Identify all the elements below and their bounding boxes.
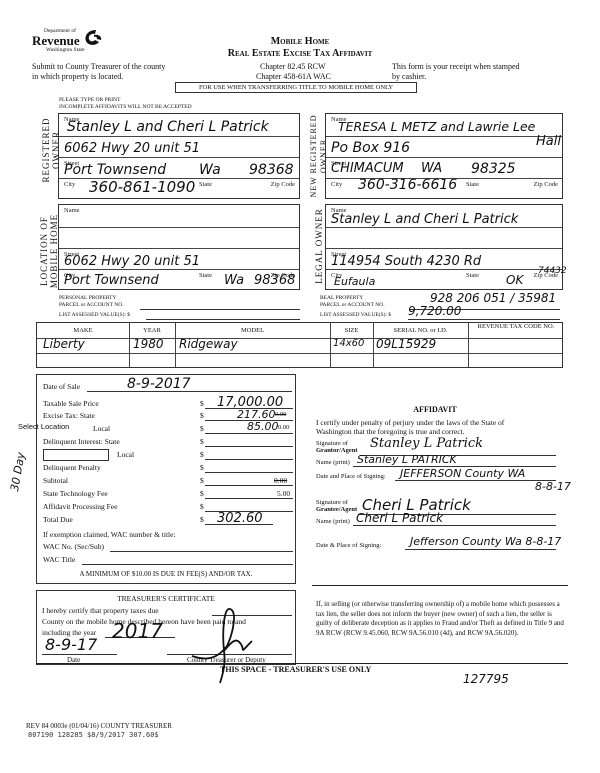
location-city[interactable]: Port Townsend xyxy=(64,273,159,288)
new-owner-state[interactable]: WA xyxy=(421,161,442,176)
grantee-sig-label-2: Grantee/Agent xyxy=(316,506,357,513)
subtotal-label: Subtotal xyxy=(43,476,68,485)
certify-line-1: I certify under penalty of perjury under… xyxy=(316,418,504,427)
new-owner-street[interactable]: Po Box 916 xyxy=(331,140,410,156)
real-parcel-value[interactable]: 928 206 051 / 35981 xyxy=(430,291,556,305)
registered-owner-city[interactable]: Port Townsend xyxy=(64,162,166,178)
size-value[interactable]: 14x60 xyxy=(333,338,364,349)
delinquent-interest-state-field[interactable] xyxy=(205,446,293,447)
subtotal-value: 0.00 xyxy=(274,476,287,485)
location-street[interactable]: 6062 Hwy 20 unit 51 xyxy=(64,254,200,269)
grantor-date-field[interactable] xyxy=(395,480,556,481)
city-label: City xyxy=(64,181,75,188)
submit-note-2: in which property is located. xyxy=(32,72,123,81)
grantee-date-field[interactable] xyxy=(405,549,556,550)
new-owner-name-cont[interactable]: Hall xyxy=(536,134,561,149)
grantor-date-label: Date and Place of Signing: xyxy=(316,473,386,480)
treasurer-certificate-box: TREASURER'S CERTIFICATE I hereby certify… xyxy=(36,590,296,665)
model-value[interactable]: Ridgeway xyxy=(179,337,238,351)
excise-local-printed: 0.00 xyxy=(278,424,289,431)
submit-note-1: Submit to County Treasurer of the county xyxy=(32,62,165,71)
total-due-value[interactable]: 302.60 xyxy=(217,511,263,526)
new-owner-name[interactable]: TERESA L METZ and Lawrie Lee xyxy=(338,119,535,134)
treasurer-date[interactable]: 8-9-17 xyxy=(45,635,97,654)
col-size: SIZE xyxy=(330,327,373,334)
location-select-box[interactable] xyxy=(43,449,109,461)
affidavit-title: AFFIDAVIT xyxy=(310,405,560,414)
section-label-line: NEW REGISTERED xyxy=(309,101,319,211)
new-owner-box: Name Street City State Zip Code TERESA L… xyxy=(325,113,563,199)
state-tech-fee-line xyxy=(205,498,293,499)
name-label: Name xyxy=(64,207,80,214)
excise-state-printed: 0.00 xyxy=(275,411,286,418)
registered-owner-box: Name Street City State Zip Code Stanley … xyxy=(58,113,300,199)
legal-owner-zip[interactable]: 74432 xyxy=(538,266,567,276)
excise-state-label: Excise Tax: State xyxy=(43,411,95,420)
currency-sign: $ xyxy=(200,502,204,511)
wac-no-label: WAC No. (Sec/Sub) xyxy=(43,542,104,551)
grantee-date-place[interactable]: Jefferson County Wa 8-8-17 xyxy=(410,535,561,548)
instructions-print: PLEASE TYPE OR PRINT xyxy=(59,97,120,103)
state-tech-fee-label: State Technology Fee xyxy=(43,489,108,498)
wac-title-field[interactable] xyxy=(82,564,293,565)
cashier-stamp: 807190 128285 $8/9/2017 307.60$ xyxy=(28,731,159,739)
lien-notice: If, in selling (or otherwise transferrin… xyxy=(316,600,568,638)
real-assessed-field[interactable] xyxy=(408,319,560,320)
legal-owner-box: Name Street City State Zip Code Stanley … xyxy=(325,204,563,290)
location-zip[interactable]: 98368 xyxy=(254,273,295,288)
form-title-line1: Mobile Home xyxy=(0,36,600,47)
col-serial: SERIAL NO. or I.D. xyxy=(373,327,468,334)
currency-sign: $ xyxy=(200,411,204,420)
instructions-incomplete: INCOMPLETE AFFIDAVITS WILL NOT BE ACCEPT… xyxy=(59,104,192,110)
taxable-sale-price-label: Taxable Sale Price xyxy=(43,399,99,408)
col-model: MODEL xyxy=(175,327,330,334)
grantor-sig-label-2: Grantor/Agent xyxy=(316,447,358,454)
registered-owner-state[interactable]: Wa xyxy=(199,162,221,178)
treasurer-line-1: I hereby certify that property taxes due xyxy=(42,606,159,615)
real-assessed-value[interactable]: 9,720.00 xyxy=(408,304,461,318)
personal-parcel-field[interactable] xyxy=(140,309,300,310)
currency-sign: $ xyxy=(200,515,204,524)
treasurer-year[interactable]: 2017 xyxy=(112,619,163,643)
state-tech-fee-value: 5.00 xyxy=(277,489,290,498)
section-label-line: LOCATION OF xyxy=(39,201,49,301)
currency-sign: $ xyxy=(200,489,204,498)
state-label: State xyxy=(466,272,479,279)
grantor-name[interactable]: Stanley L PATRICK xyxy=(357,453,457,466)
grantee-name-field[interactable] xyxy=(353,525,556,526)
new-owner-phone[interactable]: 360-316-6616 xyxy=(358,177,457,193)
legal-owner-street[interactable]: 114954 South 4230 Rd xyxy=(331,254,481,269)
delinquent-penalty-field[interactable] xyxy=(205,472,293,473)
chapter-wac: Chapter 458-61A WAC xyxy=(256,72,331,81)
form-id: REV 84 0003e (01/04/16) COUNTY TREASURER xyxy=(26,722,172,730)
personal-assessed-field[interactable] xyxy=(146,319,300,320)
registered-owner-phone[interactable]: 360-861-1090 xyxy=(89,178,195,196)
date-of-sale-value[interactable]: 8-9-2017 xyxy=(127,376,191,392)
grantor-sig-label-1: Signature of xyxy=(316,440,348,447)
certify-line-2: Washington that the foregoing is true an… xyxy=(316,427,465,436)
new-owner-city[interactable]: CHIMACUM xyxy=(331,161,404,176)
exemption-label: If exemption claimed, WAC number & title… xyxy=(43,530,176,539)
receipt-note-2: by cashier. xyxy=(392,72,426,81)
state-label: State xyxy=(199,272,212,279)
delinquent-penalty-label: Delinquent Penalty xyxy=(43,463,101,472)
grantee-name-label: Name (print) xyxy=(316,518,350,525)
delinquent-interest-local-label: Local xyxy=(117,450,134,459)
excise-local-label: Local xyxy=(93,424,110,433)
col-year: YEAR xyxy=(129,327,175,334)
grantor-signature[interactable]: Stanley L Patrick xyxy=(370,436,483,451)
grantee-date-label: Date & Place of Signing: xyxy=(316,542,381,549)
treasurer-use-only: THIS SPACE - TREASURER'S USE ONLY xyxy=(220,665,371,674)
currency-sign: $ xyxy=(200,476,204,485)
serial-value[interactable]: 09L15929 xyxy=(376,337,436,351)
select-location-label[interactable]: Select Location xyxy=(18,422,69,431)
registered-owner-name[interactable]: Stanley L and Cheri L Patrick xyxy=(67,119,269,135)
subtotal-line xyxy=(205,485,293,486)
real-parcel-label: PARCEL or ACCOUNT NO. xyxy=(320,302,385,308)
mobile-home-table: MAKE YEAR MODEL SIZE SERIAL NO. or I.D. … xyxy=(36,322,563,368)
currency-sign: $ xyxy=(200,399,204,408)
state-label: State xyxy=(466,181,479,188)
year-value[interactable]: 1980 xyxy=(133,337,164,351)
wac-title-label: WAC Title xyxy=(43,555,75,564)
lien-notice-top-rule xyxy=(312,585,568,586)
grantor-date-place[interactable]: JEFFERSON County WA xyxy=(400,467,525,480)
col-make: MAKE xyxy=(37,327,129,334)
excise-local-value[interactable]: 85.00 xyxy=(247,420,279,433)
location-state[interactable]: Wa xyxy=(224,273,244,288)
location-box: Name Street City State Zip Code 6062 Hwy… xyxy=(58,204,300,290)
zip-label: Zip Code xyxy=(534,181,558,188)
make-value[interactable]: Liberty xyxy=(43,337,85,351)
affidavit-fee-label: Affidavit Processing Fee xyxy=(43,502,117,511)
date-of-sale-label: Date of Sale xyxy=(43,382,80,391)
real-assessed-label: LIST ASSESSED VALUE(S): $ xyxy=(320,312,391,318)
delinquent-interest-state-label: Delinquent Interest: State xyxy=(43,437,120,446)
currency-sign: $ xyxy=(200,424,204,433)
registered-owner-street[interactable]: 6062 Hwy 20 unit 51 xyxy=(64,141,200,156)
legal-owner-city[interactable]: Eufaula xyxy=(334,275,375,288)
zip-label: Zip Code xyxy=(271,181,295,188)
margin-note: 30 Day xyxy=(8,451,28,492)
receipt-number: 127795 xyxy=(463,672,509,686)
grantor-date[interactable]: 8-8-17 xyxy=(535,480,571,493)
tax-calculation-box: Date of Sale 8-9-2017 Taxable Sale Price… xyxy=(36,374,296,584)
section-label-line: REGISTERED xyxy=(41,105,51,195)
grantee-name[interactable]: Cheri L Patrick xyxy=(356,511,443,525)
currency-sign: $ xyxy=(200,437,204,446)
treasurer-use-rule xyxy=(36,663,568,664)
receipt-note-1: This form is your receipt when stamped xyxy=(392,62,520,71)
col-revenue-code: REVENUE TAX CODE NO. xyxy=(477,323,555,330)
personal-property-label: PERSONAL PROPERTY xyxy=(59,295,116,301)
currency-sign: $ xyxy=(200,463,204,472)
grantor-name-label: Name (print) xyxy=(316,459,350,466)
delinquent-interest-local-field[interactable] xyxy=(205,459,293,460)
legal-owner-state[interactable]: OK xyxy=(506,273,523,287)
wac-no-field[interactable] xyxy=(110,551,293,552)
state-label: State xyxy=(199,181,212,188)
form-title-line2: Real Estate Excise Tax Affidavit xyxy=(0,48,600,59)
excise-local-line xyxy=(205,433,293,434)
real-property-label: REAL PROPERTY xyxy=(320,295,363,301)
grantee-sig-label-1: Signature of xyxy=(316,499,348,506)
use-banner: FOR USE WHEN TRANSFERRING TITLE TO MOBIL… xyxy=(175,82,417,93)
chapter-rcw: Chapter 82.45 RCW xyxy=(260,62,326,71)
legal-owner-name[interactable]: Stanley L and Cheri L Patrick xyxy=(331,212,518,227)
new-owner-zip[interactable]: 98325 xyxy=(471,161,516,177)
city-label: City xyxy=(331,181,342,188)
personal-parcel-label: PARCEL or ACCOUNT NO. xyxy=(59,302,124,308)
treasurer-date-field[interactable] xyxy=(42,654,117,655)
minimum-due-note: A MINIMUM OF $10.00 IS DUE IN FEE(S) AND… xyxy=(37,570,295,578)
currency-sign: $ xyxy=(200,450,204,459)
registered-owner-zip[interactable]: 98368 xyxy=(249,162,294,178)
personal-assessed-label: LIST ASSESSED VALUE(S): $ xyxy=(59,312,130,318)
total-due-label: Total Due xyxy=(43,515,73,524)
section-label-line: LEGAL OWNER xyxy=(314,196,324,296)
